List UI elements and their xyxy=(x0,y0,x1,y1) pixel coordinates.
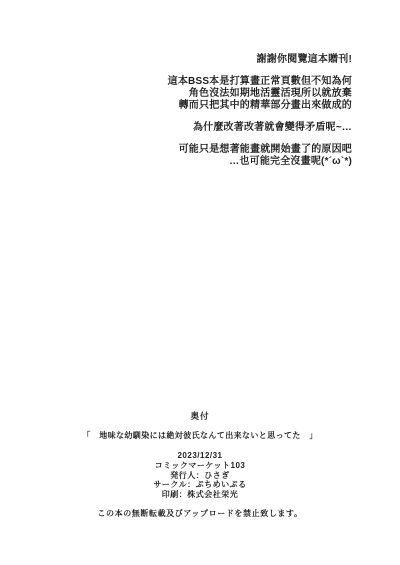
colophon-heading: 奥付 xyxy=(0,410,400,422)
event-name: コミックマーケット103 xyxy=(0,461,400,471)
printer-line: 印刷：株式会社栄光 xyxy=(0,490,400,500)
afterword-page: 謝謝你閱覽這本贈刊! 這本BSS本是打算畫正常頁數但不知為何 角色沒法如期地活靈… xyxy=(0,0,400,565)
afterword-message-block: 謝謝你閱覽這本贈刊! 這本BSS本是打算畫正常頁數但不知為何 角色沒法如期地活靈… xyxy=(168,54,352,168)
reason-line-1: 可能只是想著能畫就開始畫了的原因吧 xyxy=(168,144,352,156)
musing-paragraph: 為什麼改著改著就會變得矛盾呢~… xyxy=(168,122,352,134)
circle-line: サークル：ぷちめいぷる xyxy=(0,480,400,490)
reason-line-2: …也可能完全沒畫呢(*´ω`*) xyxy=(168,156,352,168)
publisher-line: 発行人：ひさぎ xyxy=(0,471,400,481)
book-title: 「 地味な幼馴染には絶対彼氏なんて出来ないと思ってた 」 xyxy=(0,430,400,442)
intro-paragraph: 這本BSS本是打算畫正常頁數但不知為何 角色沒法如期地活靈活現所以就放棄 轉而只… xyxy=(168,76,352,112)
intro-line-3: 轉而只把其中的精華部分畫出來做成的 xyxy=(168,100,352,112)
intro-line-1: 這本BSS本是打算畫正常頁數但不知為何 xyxy=(168,76,352,88)
intro-line-2: 角色沒法如期地活靈活現所以就放棄 xyxy=(168,88,352,100)
copyright-notice: この本の無断転載及びアップロードを禁止致します。 xyxy=(0,508,400,520)
colophon-details: 2023/12/31 コミックマーケット103 発行人：ひさぎ サークル：ぷちめ… xyxy=(0,451,400,500)
musing-line: 為什麼改著改著就會變得矛盾呢~… xyxy=(168,122,352,134)
reason-paragraph: 可能只是想著能畫就開始畫了的原因吧 …也可能完全沒畫呢(*´ω`*) xyxy=(168,144,352,168)
colophon-block: 奥付 「 地味な幼馴染には絶対彼氏なんて出来ないと思ってた 」 2023/12/… xyxy=(0,410,400,520)
thanks-paragraph: 謝謝你閱覽這本贈刊! xyxy=(168,54,352,66)
thanks-line: 謝謝你閱覽這本贈刊! xyxy=(168,54,352,66)
publication-date: 2023/12/31 xyxy=(0,451,400,461)
